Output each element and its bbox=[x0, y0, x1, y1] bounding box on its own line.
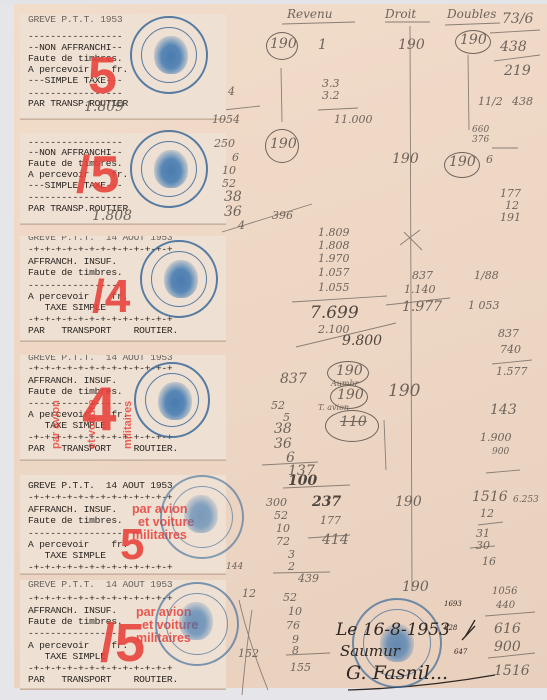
ink-value: 647 bbox=[454, 648, 467, 656]
pencil-value: 300 bbox=[266, 497, 287, 509]
pencil-value: 438 bbox=[500, 40, 527, 55]
pencil-value: 4 bbox=[228, 86, 235, 98]
pencil-value: 8 bbox=[292, 645, 299, 657]
header-doubles: Doubles bbox=[447, 8, 496, 20]
signature-name: G. Fasnil... bbox=[346, 662, 448, 684]
stamp-icon bbox=[130, 130, 208, 208]
label-line: AFFRANCH. INSUF. bbox=[28, 504, 117, 515]
pencil-value: 1056 bbox=[492, 586, 517, 598]
pencil-value: 36 bbox=[224, 205, 242, 220]
pencil-value: 190 bbox=[402, 580, 429, 595]
pencil-value: 837 bbox=[498, 328, 519, 340]
pencil-value: 438 bbox=[512, 96, 533, 108]
overprint-value: /4 bbox=[92, 270, 130, 322]
pencil-value: 11/2 bbox=[478, 96, 503, 108]
header-revenu: Revenu bbox=[287, 8, 332, 20]
pencil-value: 190 bbox=[270, 37, 297, 52]
pencil-value: 190 bbox=[270, 137, 297, 152]
scan-edge-bottom bbox=[0, 688, 547, 700]
pencil-value: 1.140 bbox=[404, 284, 436, 296]
pencil-value: 1.808 bbox=[318, 240, 350, 252]
overprint-value: 5 bbox=[88, 50, 117, 102]
header-droit: Droit bbox=[385, 8, 416, 20]
pencil-value: 16 bbox=[482, 556, 496, 568]
pencil-value: 1.809 bbox=[318, 227, 350, 239]
pencil-total: 155 bbox=[290, 662, 311, 674]
pencil-total: 7.699 bbox=[310, 304, 359, 322]
document-sheet: Revenu Droit Doubles GREVE P.T.T. 1953 -… bbox=[0, 0, 547, 700]
pencil-value: 1.055 bbox=[318, 282, 350, 294]
pencil-value: 837 bbox=[412, 270, 433, 282]
pencil-total: 1.977 bbox=[402, 300, 442, 315]
pencil-value: 177 bbox=[320, 515, 341, 527]
label-line: ----------------- bbox=[28, 31, 122, 42]
pencil-value: 144 bbox=[226, 561, 243, 573]
pencil-value: 250 bbox=[214, 138, 235, 150]
scan-edge-top bbox=[0, 0, 547, 4]
stamp-icon bbox=[155, 582, 239, 666]
stamp-icon bbox=[140, 240, 218, 318]
pencil-value: 12 bbox=[480, 508, 494, 520]
stamp-icon bbox=[160, 475, 244, 559]
pencil-value: 3.2 bbox=[322, 90, 340, 102]
label-line: PAR TRANSPORT ROUTIER. bbox=[28, 674, 178, 685]
pencil-value: 143 bbox=[490, 403, 517, 418]
overprint-line: et voiture bbox=[86, 399, 98, 449]
signature-date: Le 16-8-1953 bbox=[336, 620, 450, 640]
overprint-line: militaires bbox=[122, 399, 134, 449]
pencil-value: 1/88 bbox=[474, 270, 499, 282]
pencil-value: 190 bbox=[336, 364, 363, 379]
pencil-value: 1.057 bbox=[318, 267, 350, 279]
pencil-value: 190 bbox=[395, 495, 422, 510]
pencil-value: 376 bbox=[472, 134, 489, 146]
pencil-note: 1.808 bbox=[92, 209, 132, 224]
pencil-value: 10 bbox=[222, 165, 236, 177]
label-line: ----------------- bbox=[28, 528, 122, 539]
pencil-value: 190 bbox=[388, 382, 420, 400]
label-line: -+-+-+-+-+-+-+-+-+-+-+-+-+ bbox=[28, 562, 173, 573]
pencil-value: 10 bbox=[276, 523, 290, 535]
overprint-value: /5 bbox=[76, 149, 119, 201]
label-line: TAXE SIMPLE bbox=[28, 550, 106, 561]
pencil-value: 38 bbox=[224, 190, 242, 205]
label-line: TAXE SIMPLE bbox=[28, 651, 106, 662]
pencil-value: 440 bbox=[496, 600, 515, 612]
pencil-value: 73/6 bbox=[502, 12, 533, 27]
pencil-total: 1.577 bbox=[496, 366, 528, 378]
label-header: GREVE P.T.T. 14 AOUT 1953 bbox=[28, 480, 173, 491]
pencil-value: 52 bbox=[283, 592, 297, 604]
pencil-value: 1 053 bbox=[468, 300, 500, 312]
stamp-icon bbox=[130, 16, 208, 94]
pencil-value: 30 bbox=[476, 540, 490, 552]
pencil-total: 439 bbox=[298, 573, 319, 585]
pencil-value: 152 bbox=[238, 648, 259, 660]
label-line: A percevoir fr. bbox=[28, 539, 128, 550]
scan-edge-left bbox=[0, 0, 14, 700]
label-line: AFFRANCH. INSUF. bbox=[28, 256, 117, 267]
pencil-value: 190 bbox=[460, 33, 487, 48]
pencil-value: 2 bbox=[288, 561, 295, 573]
pencil-value: 900 bbox=[492, 446, 509, 458]
pencil-total: 9.800 bbox=[342, 334, 382, 349]
pencil-total: 414 bbox=[322, 533, 349, 548]
stamp-icon bbox=[134, 362, 210, 438]
pencil-value: 1 bbox=[318, 38, 327, 53]
pencil-value: 10 bbox=[288, 606, 302, 618]
label-header: GREVE P.T.T. 14 AOUT 1953 bbox=[28, 355, 173, 363]
pencil-value: 1.900 bbox=[480, 432, 512, 444]
label-line: PAR TRANSPORT ROUTIER. bbox=[28, 325, 178, 336]
pencil-value: 100 bbox=[288, 474, 317, 489]
struck-value: 110 bbox=[340, 415, 367, 430]
pencil-total: 1054 bbox=[212, 114, 240, 126]
label-header: GREVE P.T.T. 14 AOUT 1953 bbox=[28, 236, 173, 243]
pencil-value: 190 bbox=[449, 155, 476, 170]
pencil-value: 837 bbox=[280, 372, 307, 387]
pencil-value: 4 bbox=[238, 220, 245, 232]
pencil-value: 190 bbox=[398, 38, 425, 53]
pencil-value: 38 bbox=[274, 422, 292, 437]
ink-value: 1693 bbox=[444, 600, 467, 608]
pencil-total: 191 bbox=[500, 212, 521, 224]
pencil-total: 11.000 bbox=[334, 114, 373, 126]
pencil-value: 616 bbox=[494, 622, 521, 637]
pencil-value: 6 bbox=[232, 152, 239, 164]
label-header: GREVE P.T.T. 1953 bbox=[28, 14, 122, 25]
pencil-value: 1.970 bbox=[318, 253, 350, 265]
pencil-value: 900 bbox=[494, 640, 521, 655]
pencil-value: 237 bbox=[312, 495, 341, 510]
label-line: Faute de timbres. bbox=[28, 515, 122, 526]
pencil-value: 12 bbox=[242, 588, 256, 600]
pencil-value: 6 bbox=[486, 154, 493, 166]
signature-place: Saumur bbox=[340, 642, 400, 660]
pencil-value: 740 bbox=[500, 344, 521, 356]
pencil-value: 52 bbox=[274, 510, 288, 522]
pencil-value: 72 bbox=[276, 536, 290, 548]
pencil-value: 1516 bbox=[472, 490, 508, 505]
overprint-line: par avion bbox=[50, 399, 62, 449]
pencil-note: 1.809 bbox=[84, 100, 124, 115]
label-line: -+-+-+-+-+-+-+-+-+-+-+-+-+ bbox=[28, 593, 173, 604]
label-header: GREVE P.T.T. 14 AOUT 1953 bbox=[28, 580, 173, 590]
pencil-value: 190 bbox=[337, 388, 364, 403]
pencil-total: 1516 bbox=[494, 664, 530, 679]
pencil-value: 219 bbox=[504, 64, 531, 79]
pencil-value: 190 bbox=[392, 152, 419, 167]
pencil-value: 76 bbox=[286, 620, 300, 632]
pencil-total: 396 bbox=[272, 210, 293, 222]
pencil-value: 6.253 bbox=[513, 494, 539, 506]
